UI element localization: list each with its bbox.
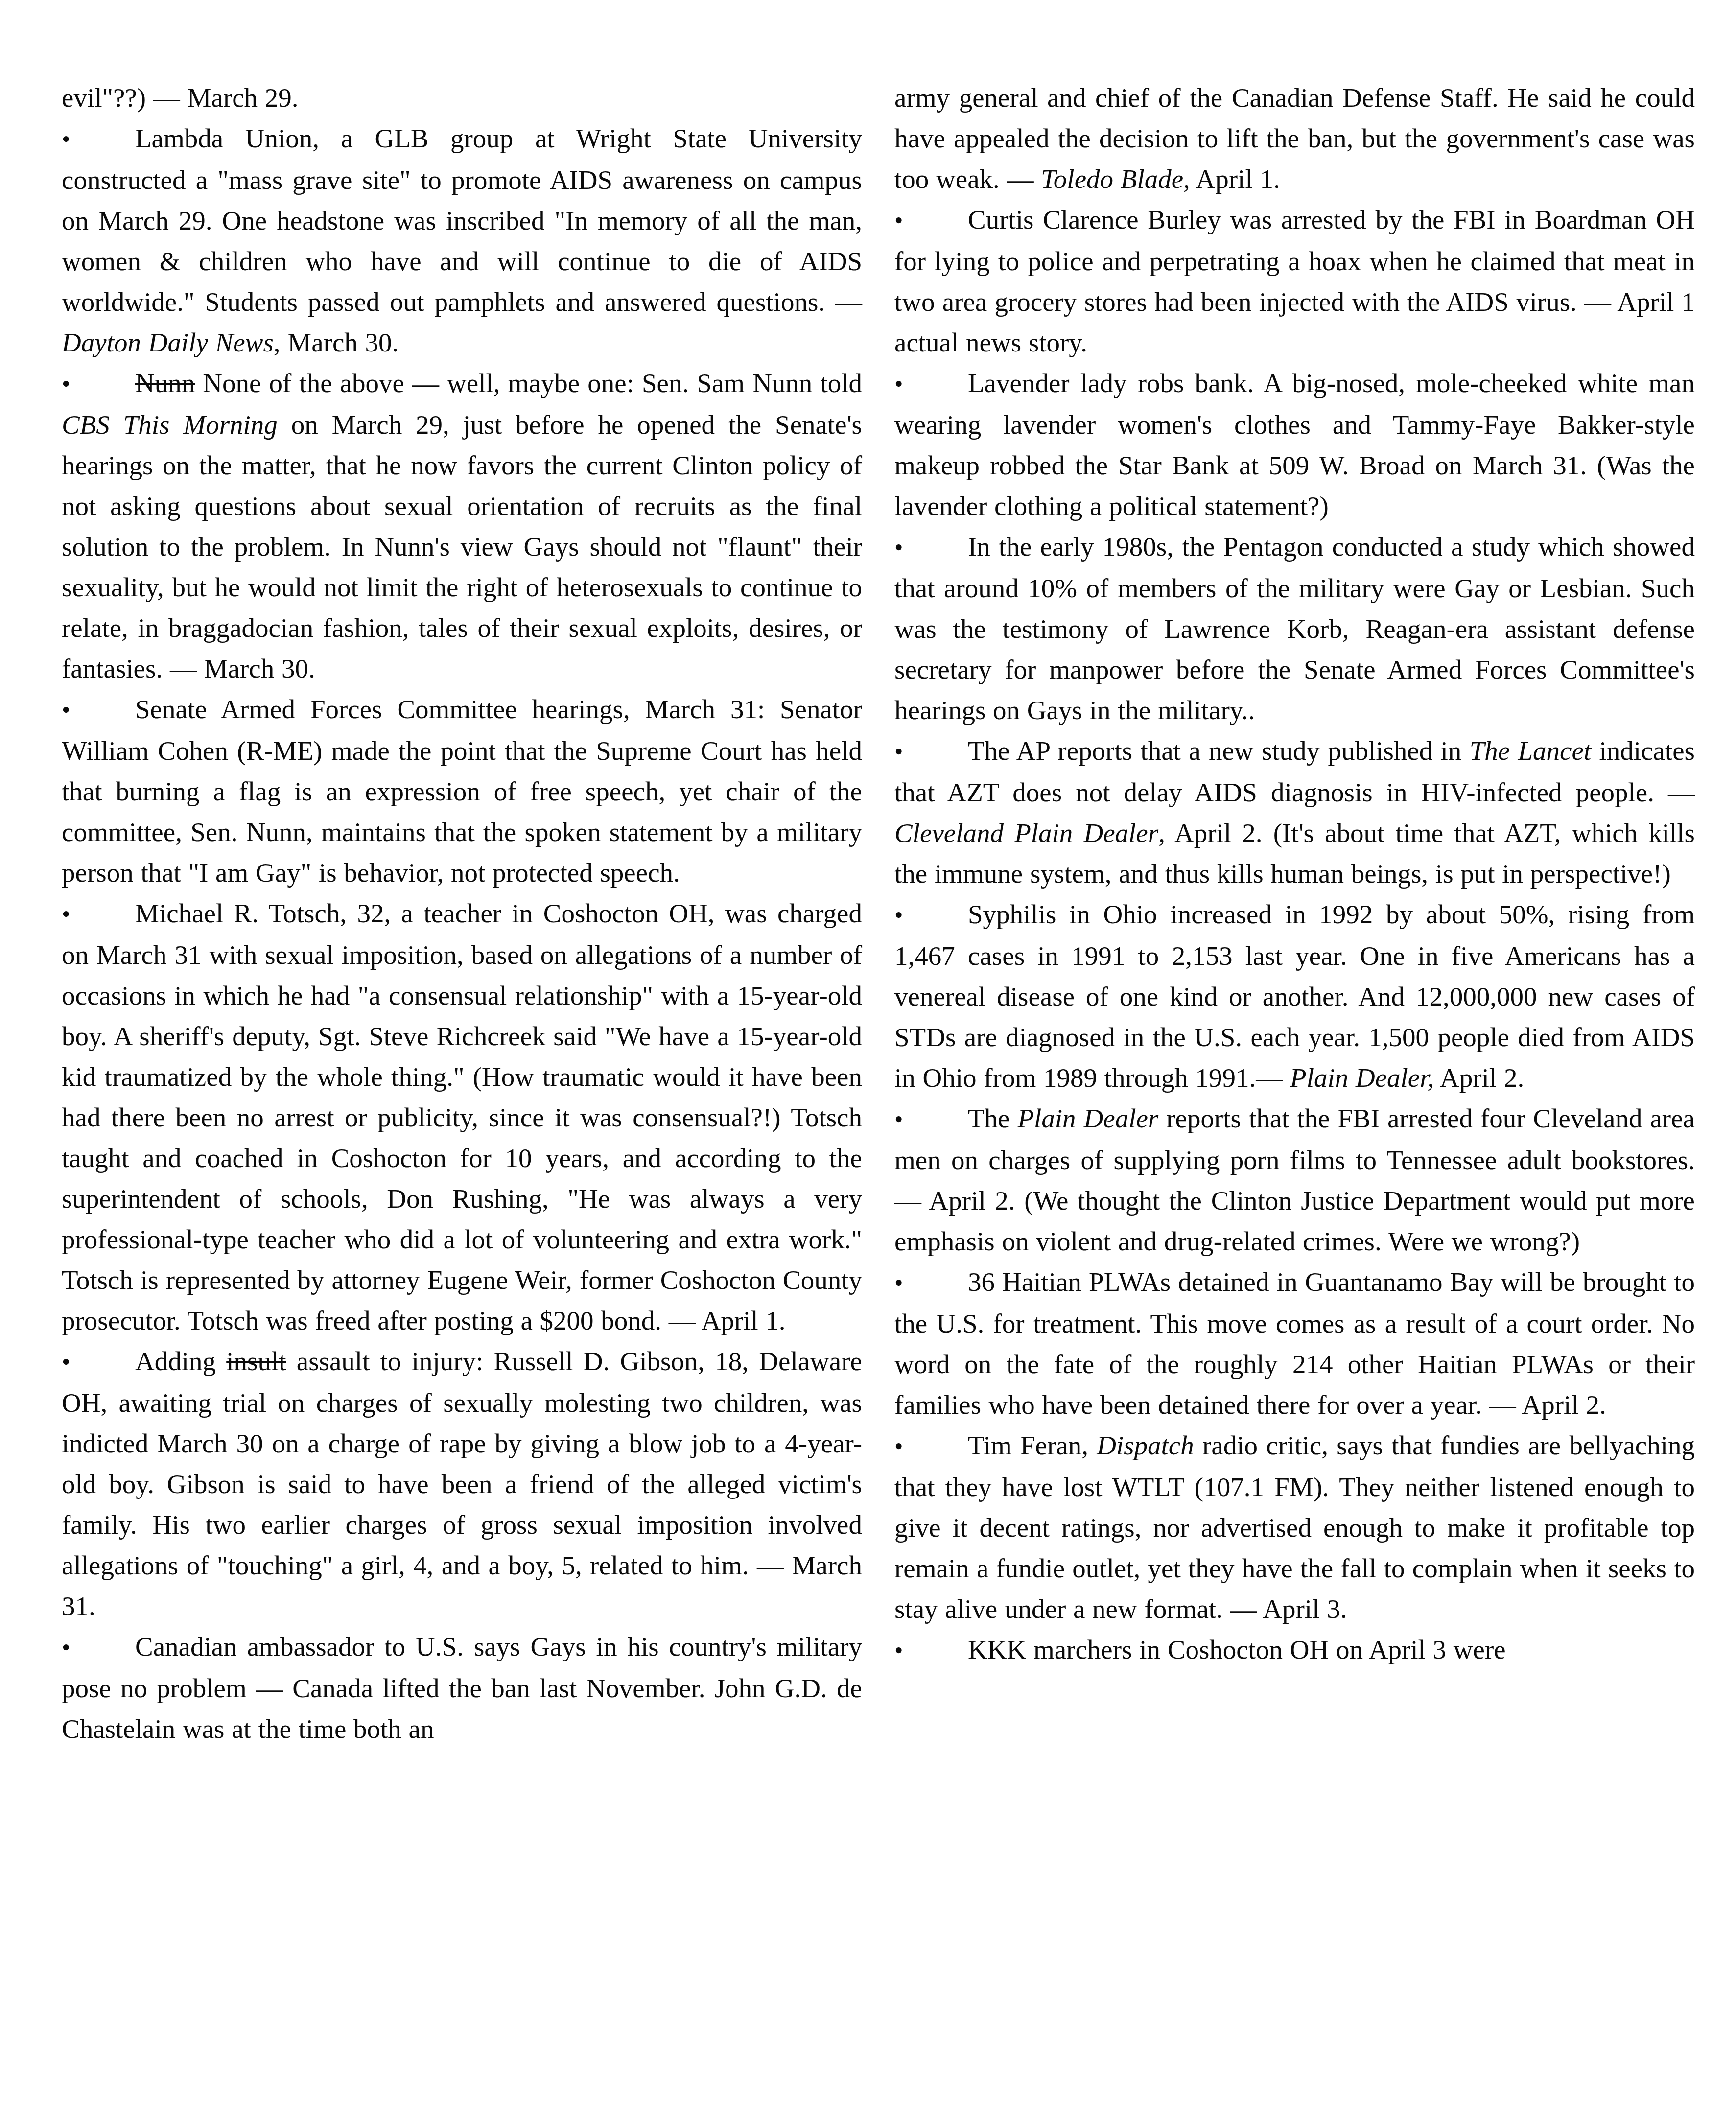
text-run: , April 1. [1183,164,1280,194]
text-run: assault to injury: Russell D. Gibson, 18… [62,1346,862,1621]
text-run: Plain Dealer [1017,1103,1158,1133]
bullet-icon: • [62,1342,135,1382]
news-item: •The AP reports that a new study publish… [894,730,1695,894]
two-column-text-block: evil"??) — March 29.•Lambda Union, a GLB… [62,77,1695,1749]
news-item: •Curtis Clarence Burley was arrested by … [894,199,1695,363]
bullet-icon: • [894,364,968,404]
text-run: evil"??) — March 29. [62,83,299,113]
continuation-paragraph: evil"??) — March 29. [62,77,862,118]
text-run: army general and chief of the Canadian D… [894,83,1695,194]
text-run: Dayton Daily News [62,328,274,357]
news-item: •Lavender lady robs bank. A big-nosed, m… [894,363,1695,526]
news-item: •Michael R. Totsch, 32, a teacher in Cos… [62,893,862,1341]
text-run: Tim Feran, [968,1430,1097,1460]
text-run: insult [226,1346,286,1376]
bullet-icon: • [894,731,968,772]
text-run: April 2. [1434,1063,1524,1093]
bullet-icon: • [894,895,968,936]
text-run: None of the above — well, maybe one: Sen… [195,368,862,398]
text-run: The AP reports that a new study publishe… [968,736,1470,766]
news-item: •In the early 1980s, the Pentagon conduc… [894,526,1695,730]
document-page: evil"??) — March 29.•Lambda Union, a GLB… [0,0,1736,2106]
text-run: 36 Haitian PLWAs detained in Guantanamo … [894,1267,1695,1420]
text-run: , March 30. [274,328,399,357]
news-item: •Senate Armed Forces Committee hearings,… [62,689,862,893]
text-run: Michael R. Totsch, 32, a teacher in Cosh… [62,898,862,1335]
text-run: In the early 1980s, the Pentagon conduct… [894,532,1695,725]
bullet-icon: • [62,364,135,404]
bullet-icon: • [894,1099,968,1140]
bullet-icon: • [62,1627,135,1668]
news-item: •Nunn None of the above — well, maybe on… [62,363,862,689]
bullet-icon: • [894,527,968,568]
text-run: Curtis Clarence Burley was arrested by t… [894,205,1695,357]
news-item: •Tim Feran, Dispatch radio critic, says … [894,1425,1695,1629]
news-item: •Syphilis in Ohio increased in 1992 by a… [894,894,1695,1098]
text-run: Lambda Union, a GLB group at Wright Stat… [62,123,862,317]
text-run: on March 29, just before he opened the S… [62,410,862,683]
text-run: KKK marchers in Coshocton OH on April 3 … [968,1635,1506,1664]
news-item: •The Plain Dealer reports that the FBI a… [894,1098,1695,1262]
right-column: army general and chief of the Canadian D… [894,77,1695,1749]
text-run: Dispatch [1097,1430,1194,1460]
text-run: The Lancet [1470,736,1592,766]
text-run: Nunn [135,368,195,398]
bullet-icon: • [894,1426,968,1467]
text-run: Cleveland Plain Dealer [894,818,1158,848]
text-run: CBS This Morning [62,410,278,440]
news-item: •Lambda Union, a GLB group at Wright Sta… [62,118,862,363]
text-run: Toledo Blade [1041,164,1183,194]
text-run: The [968,1103,1017,1133]
bullet-icon: • [894,200,968,241]
left-column: evil"??) — March 29.•Lambda Union, a GLB… [62,77,862,1749]
bullet-icon: • [62,119,135,160]
bullet-icon: • [62,690,135,730]
news-item: •Adding insult assault to injury: Russel… [62,1341,862,1626]
news-item: •36 Haitian PLWAs detained in Guantanamo… [894,1262,1695,1425]
news-item: •Canadian ambassador to U.S. says Gays i… [62,1626,862,1749]
bullet-icon: • [62,894,135,935]
text-run: Plain Dealer, [1290,1063,1434,1093]
news-item: •KKK marchers in Coshocton OH on April 3… [894,1629,1695,1671]
text-run: Senate Armed Forces Committee hearings, … [62,694,862,888]
bullet-icon: • [894,1630,968,1671]
text-run: Lavender lady robs bank. A big-nosed, mo… [894,368,1695,521]
text-run: Adding [135,1346,226,1376]
text-run: Canadian ambassador to U.S. says Gays in… [62,1632,862,1744]
continuation-paragraph: army general and chief of the Canadian D… [894,77,1695,199]
bullet-icon: • [894,1263,968,1303]
